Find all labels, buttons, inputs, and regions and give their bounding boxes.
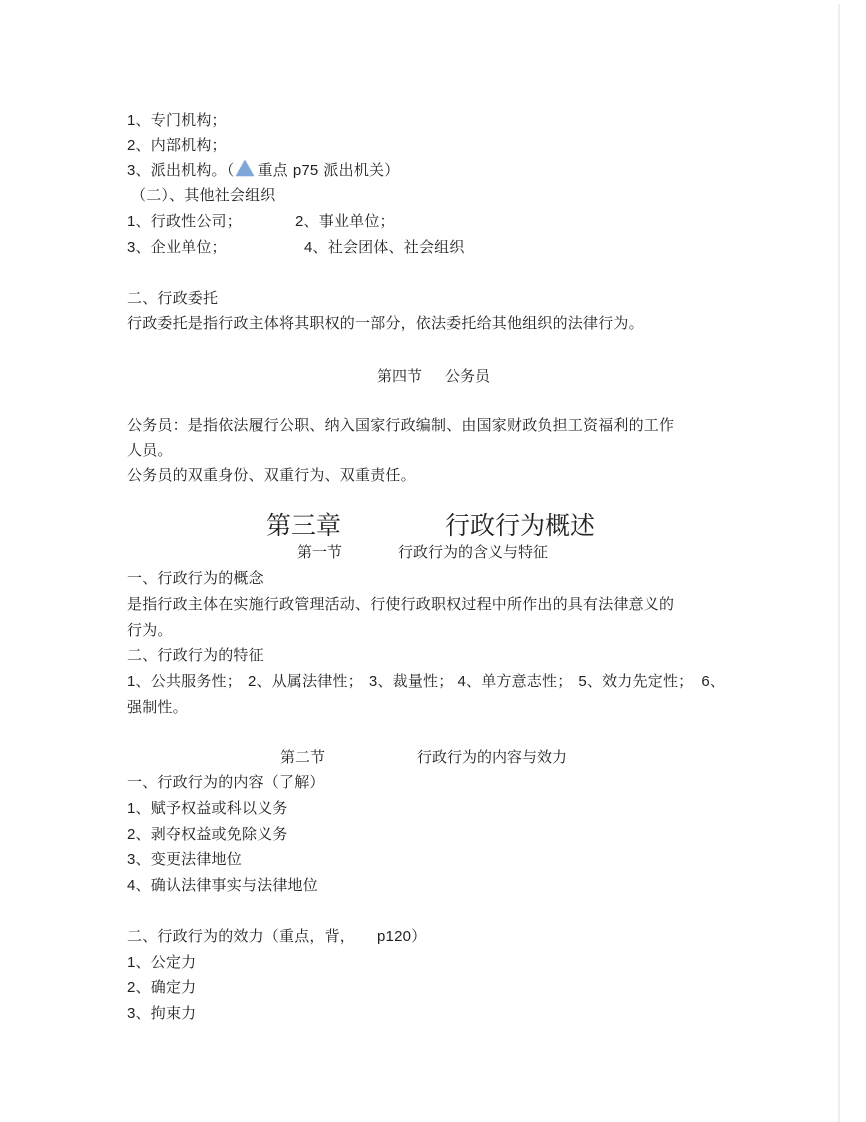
item-number: 3	[127, 851, 136, 868]
paragraph-concept: 是指行政主体在实施行政管理活动、行使行政职权过程中所作出的具有法律意义的	[127, 594, 674, 614]
chapter-label: 第三章	[266, 511, 341, 541]
list-item: 3、变更法律地位	[127, 849, 242, 870]
list-item: 3、拘束力	[127, 1003, 196, 1024]
item-number: 1	[127, 800, 136, 817]
heading-features: 二、行政行为的特征	[127, 645, 264, 665]
item-text: 、公定力	[136, 953, 197, 971]
page-edge-divider	[838, 4, 840, 1122]
item-text: 、事业单位；	[304, 212, 395, 230]
paragraph-concept-cont: 行为。	[127, 620, 173, 640]
item-text: 、赋予权益或科以义务	[136, 799, 288, 817]
section-label: 第一节	[297, 542, 342, 562]
item-number: 6	[701, 673, 710, 690]
list-item: 1、公定力	[127, 952, 196, 973]
item-text: 、	[710, 672, 725, 690]
heading-content: 一、行政行为的内容（了解）	[127, 772, 325, 792]
section-label: 第四节	[377, 366, 422, 386]
heading-concept: 一、行政行为的概念	[127, 568, 264, 588]
list-item: 2、确定力	[127, 977, 196, 998]
item-text: 、社会团体、社会组织	[313, 238, 465, 256]
item-number: 4	[457, 673, 466, 690]
item-text: 、剥夺权益或免除义务	[136, 825, 288, 843]
list-row: 3、企业单位；	[127, 237, 227, 258]
item-text: 、效力先定性；	[587, 672, 693, 690]
item-text: 、裁量性；	[377, 672, 453, 690]
list-row: 2、事业单位；	[295, 211, 395, 232]
chapter-title: 行政行为概述	[445, 511, 595, 541]
item-number: 2	[248, 673, 257, 690]
triangle-icon	[236, 160, 254, 176]
features-list-cont: 强制性。	[127, 697, 188, 717]
item-number: 1	[127, 673, 136, 690]
section-title: 行政行为的含义与特征	[398, 542, 548, 562]
list-item: 4、确认法律事实与法律地位	[127, 875, 318, 896]
item-number: 4	[304, 239, 313, 256]
note-prefix: 重点	[257, 161, 292, 179]
item-number: 1	[127, 954, 136, 971]
heading-effect-text: 二、行政行为的效力（重点，背，	[127, 927, 355, 945]
item-number: 2	[127, 137, 136, 154]
section-title: 公务员	[445, 366, 490, 386]
item-number: 2	[127, 826, 136, 843]
list-item: 1、赋予权益或科以义务	[127, 798, 288, 819]
features-list: 1、公共服务性；2、从属法律性；3、裁量性；4、单方意志性；5、效力先定性；6、	[127, 671, 725, 692]
item-number: 5	[578, 673, 587, 690]
list-item: 1、专门机构；	[127, 110, 227, 131]
subheading-other-orgs: （二）、其他社会组织	[131, 185, 276, 205]
item-number: 2	[295, 213, 304, 230]
page-ref: p120	[377, 928, 411, 945]
section-title: 行政行为的内容与效力	[417, 747, 567, 767]
list-item: 2、剥夺权益或免除义务	[127, 824, 288, 845]
section-label: 第二节	[280, 747, 325, 767]
item-number: 2	[127, 979, 136, 996]
item-text: 、行政性公司；	[136, 212, 242, 230]
note-suffix: 派出机关）	[318, 161, 399, 179]
list-item: 3、派出机构。（重点 p75 派出机关）	[127, 160, 399, 181]
item-text: 、从属法律性；	[257, 672, 363, 690]
paragraph-entrust: 行政委托是指行政主体将其职权的一部分，依法委托给其他组织的法律行为。	[127, 313, 644, 333]
item-text: 、内部机构；	[136, 136, 227, 154]
item-number: 3	[127, 162, 136, 179]
heading-effect: 二、行政行为的效力（重点，背，p120）	[127, 926, 426, 947]
item-text: 、确定力	[136, 978, 197, 996]
paragraph-civil-servant-def: 公务员：是指依法履行公职、纳入国家行政编制、由国家财政负担工资福利的工作	[127, 415, 674, 435]
item-text: 、变更法律地位	[136, 850, 242, 868]
item-text: 、企业单位；	[136, 238, 227, 256]
item-number: 1	[127, 213, 136, 230]
item-number: 1	[127, 112, 136, 129]
item-number: 4	[127, 877, 136, 894]
note-page-ref: p75	[293, 162, 319, 179]
item-text: 、拘束力	[136, 1004, 197, 1022]
paragraph-civil-servant-def-cont: 人员。	[127, 440, 173, 460]
list-row: 1、行政性公司；	[127, 211, 242, 232]
item-number: 3	[127, 239, 136, 256]
paragraph-dual-role: 公务员的双重身份、双重行为、双重责任。	[127, 465, 416, 485]
item-text: 、确认法律事实与法律地位	[136, 876, 318, 894]
heading-entrust: 二、行政委托	[127, 288, 218, 308]
item-text: 、单方意志性；	[466, 672, 572, 690]
list-item: 2、内部机构；	[127, 135, 227, 156]
heading-effect-close: ）	[411, 927, 426, 945]
item-number: 3	[127, 1005, 136, 1022]
item-text: 、专门机构；	[136, 111, 227, 129]
list-row: 4、社会团体、社会组织	[304, 237, 465, 258]
item-text: 、公共服务性；	[136, 672, 242, 690]
item-text: 、派出机构。（	[136, 161, 235, 179]
